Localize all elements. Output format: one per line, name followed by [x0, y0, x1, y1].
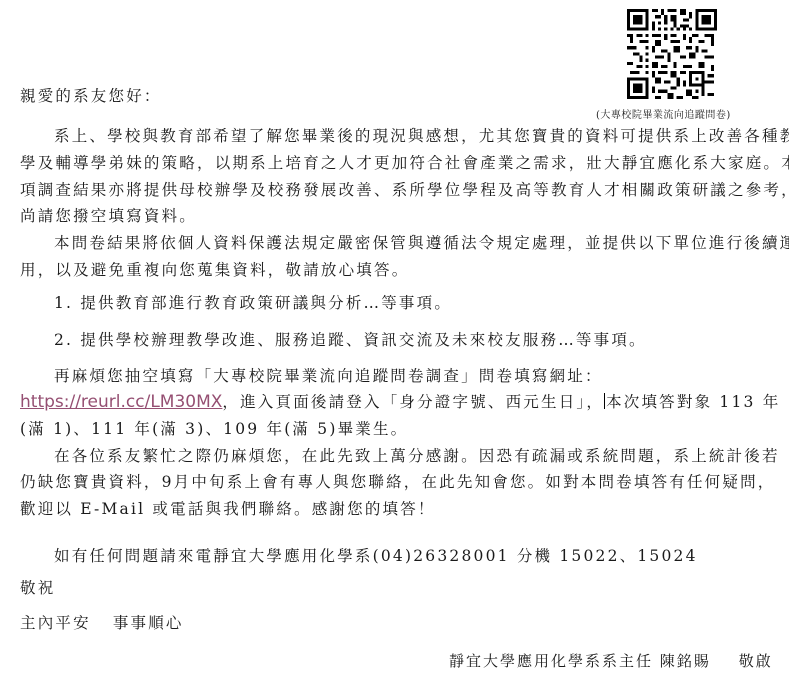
paragraph1-line: 系上、學校與教育部希望了解您畢業後的現況與感想，尤其您寶貴的資料可提供系上改善各… — [54, 126, 789, 146]
greeting: 親愛的系友您好： — [20, 86, 162, 106]
contact-info: 如有任何問題請來電靜宜大學應用化學系(04)26328001 分機 15022、… — [54, 546, 698, 566]
paragraph2-line: 本問卷結果將依個人資料保護法規定嚴密保管與遵循法令規定處理，並提供以下單位進行後… — [54, 233, 789, 253]
paragraph4-line: 歡迎以 E-Mail 或電話與我們聯絡。感謝您的填答！ — [20, 499, 436, 519]
paragraph1-line: 尚請您撥空填寫資料。 — [20, 206, 197, 226]
closing-wish-1: 主內平安 — [20, 614, 91, 632]
paragraph2-line: 用，以及避免重複向您蒐集資料，敬請放心填答。 — [20, 260, 409, 280]
paragraph4-line: 仍缺您寶貴資料，9月中旬系上會有專人與您聯絡，在此先知會您。如對本問卷填答有任何… — [20, 472, 775, 492]
closing-salute: 敬祝 — [20, 578, 55, 598]
qr-caption: (大專校院畢業流向追蹤問卷) — [596, 106, 731, 121]
qr-code-icon — [627, 9, 717, 99]
closing-wishes: 主內平安事事順心 — [20, 613, 184, 633]
paragraph4-line: 在各位系友繁忙之際仍麻煩您，在此先致上萬分感謝。因恐有疏漏或系統問題，系上統計後… — [54, 446, 780, 466]
signature-suffix: 敬啟 — [739, 652, 773, 670]
closing-wish-2: 事事順心 — [113, 614, 184, 632]
signature: 靜宜大學應用化學系系主任 陳銘賜敬啟 — [449, 650, 773, 671]
survey-link[interactable]: https://reurl.cc/LM30MX — [20, 392, 222, 412]
paragraph3-line-with-link: https://reurl.cc/LM30MX，進入頁面後請登入「身分證字號、西… — [20, 392, 780, 412]
login-instruction: ，進入頁面後請登入「身分證字號、西元生日」， — [222, 393, 604, 411]
text-cursor — [604, 393, 605, 409]
target-year: 本次填答對象 113 年 — [606, 393, 780, 411]
paragraph1-line: 項調查結果亦將提供母校辦學及校務發展改善、系所學位學程及高等教育人才相關政策研議… — [20, 180, 789, 200]
list-item: 2. 提供學校辦理教學改進、服務追蹤、資訊交流及未來校友服務…等事項。 — [54, 330, 647, 350]
paragraph3-line: (滿 1)、111 年(滿 3)、109 年(滿 5)畢業生。 — [20, 419, 408, 439]
paragraph1-line: 學及輔導學弟妹的策略，以期系上培育之人才更加符合社會產業之需求，壯大靜宜應化系大… — [20, 153, 789, 173]
paragraph3-line: 再麻煩您抽空填寫「大專校院畢業流向追蹤問卷調查」問卷填寫網址： — [54, 366, 603, 386]
signature-name: 靜宜大學應用化學系系主任 陳銘賜 — [449, 652, 711, 670]
list-item: 1. 提供教育部進行教育政策研議與分析…等事項。 — [54, 293, 452, 313]
